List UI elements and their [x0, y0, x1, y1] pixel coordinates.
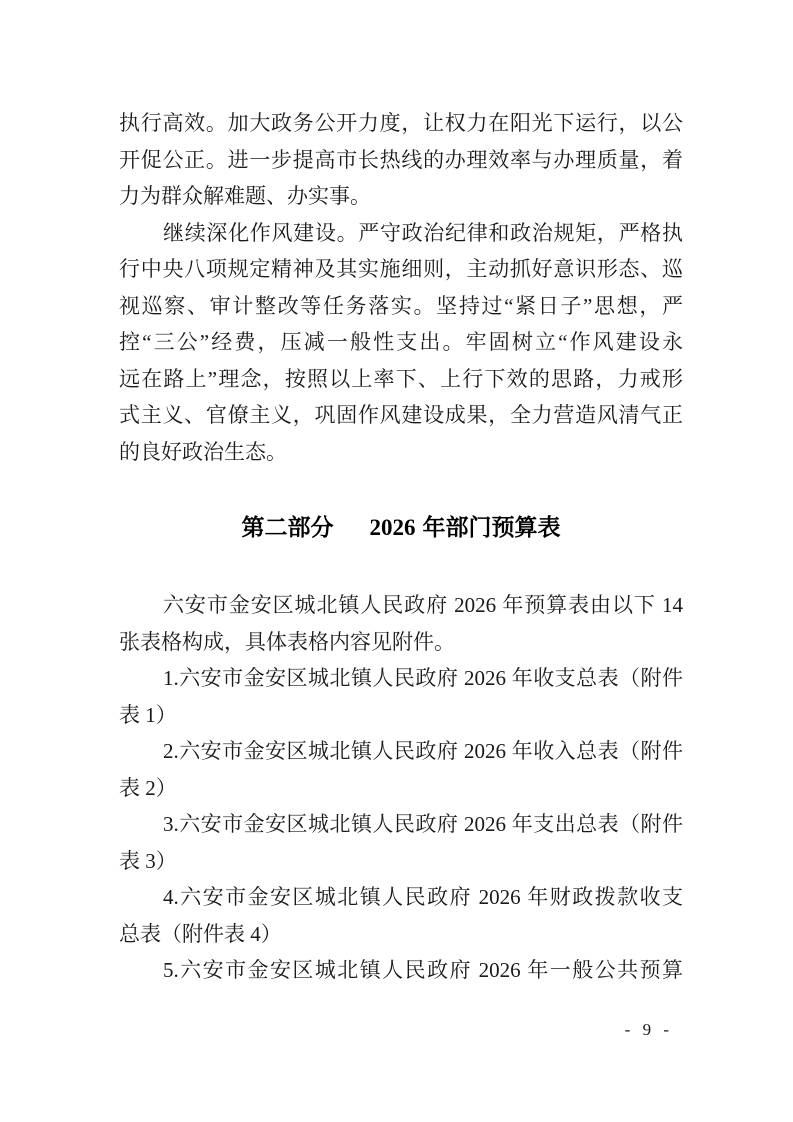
paragraph-line: 的良好政治生态。 [119, 434, 683, 471]
list-item-line: 2.六安市金安区城北镇人民政府 2026 年收入总表（附件 [119, 733, 683, 770]
list-item-line: 3.六安市金安区城北镇人民政府 2026 年支出总表（附件 [119, 806, 683, 843]
section-heading-part: 第二部分 [242, 514, 334, 540]
page-number: - 9 - [625, 1018, 673, 1042]
list-item-line: 表 3） [119, 843, 683, 880]
paragraph-line: 执行高效。加大政务公开力度，让权力在阳光下运行，以公 [119, 105, 683, 142]
paragraph-line: 式主义、官僚主义，巩固作风建设成果，全力营造风清气正 [119, 397, 683, 434]
section-heading: 第二部分2026年部门预算表 [119, 507, 683, 547]
paragraph-line: 力为群众解难题、办实事。 [119, 178, 683, 215]
paragraph-line: 行中央八项规定精神及其实施细则，主动抓好意识形态、巡 [119, 251, 683, 288]
section-heading-title: 年部门预算表 [423, 514, 561, 540]
paragraph-line: 远在路上”理念，按照以上率下、上行下效的思路，力戒形 [119, 361, 683, 398]
page-content: 执行高效。加大政务公开力度，让权力在阳光下运行，以公 开促公正。进一步提高市长热… [119, 105, 683, 989]
paragraph-line: 视巡察、审计整改等任务落实。坚持过“紧日子”思想，严 [119, 288, 683, 325]
paragraph-line: 继续深化作风建设。严守政治纪律和政治规矩，严格执 [119, 215, 683, 252]
paragraph-line: 控“三公”经费，压减一般性支出。牢固树立“作风建设永 [119, 324, 683, 361]
list-item-line: 总表（附件表 4） [119, 916, 683, 953]
list-item-line: 4.六安市金安区城北镇人民政府 2026 年财政拨款收支 [119, 879, 683, 916]
list-item-line: 5.六安市金安区城北镇人民政府 2026 年一般公共预算 [119, 952, 683, 989]
paragraph-line: 六安市金安区城北镇人民政府 2026 年预算表由以下 14 [119, 587, 683, 624]
list-item-line: 表 1） [119, 697, 683, 734]
list-item-line: 1.六安市金安区城北镇人民政府 2026 年收支总表（附件 [119, 660, 683, 697]
paragraph-line: 张表格构成，具体表格内容见附件。 [119, 624, 683, 661]
document-page: 执行高效。加大政务公开力度，让权力在阳光下运行，以公 开促公正。进一步提高市长热… [0, 0, 793, 1122]
section-heading-year: 2026 [370, 515, 416, 540]
list-item-line: 表 2） [119, 770, 683, 807]
paragraph-line: 开促公正。进一步提高市长热线的办理效率与办理质量，着 [119, 142, 683, 179]
